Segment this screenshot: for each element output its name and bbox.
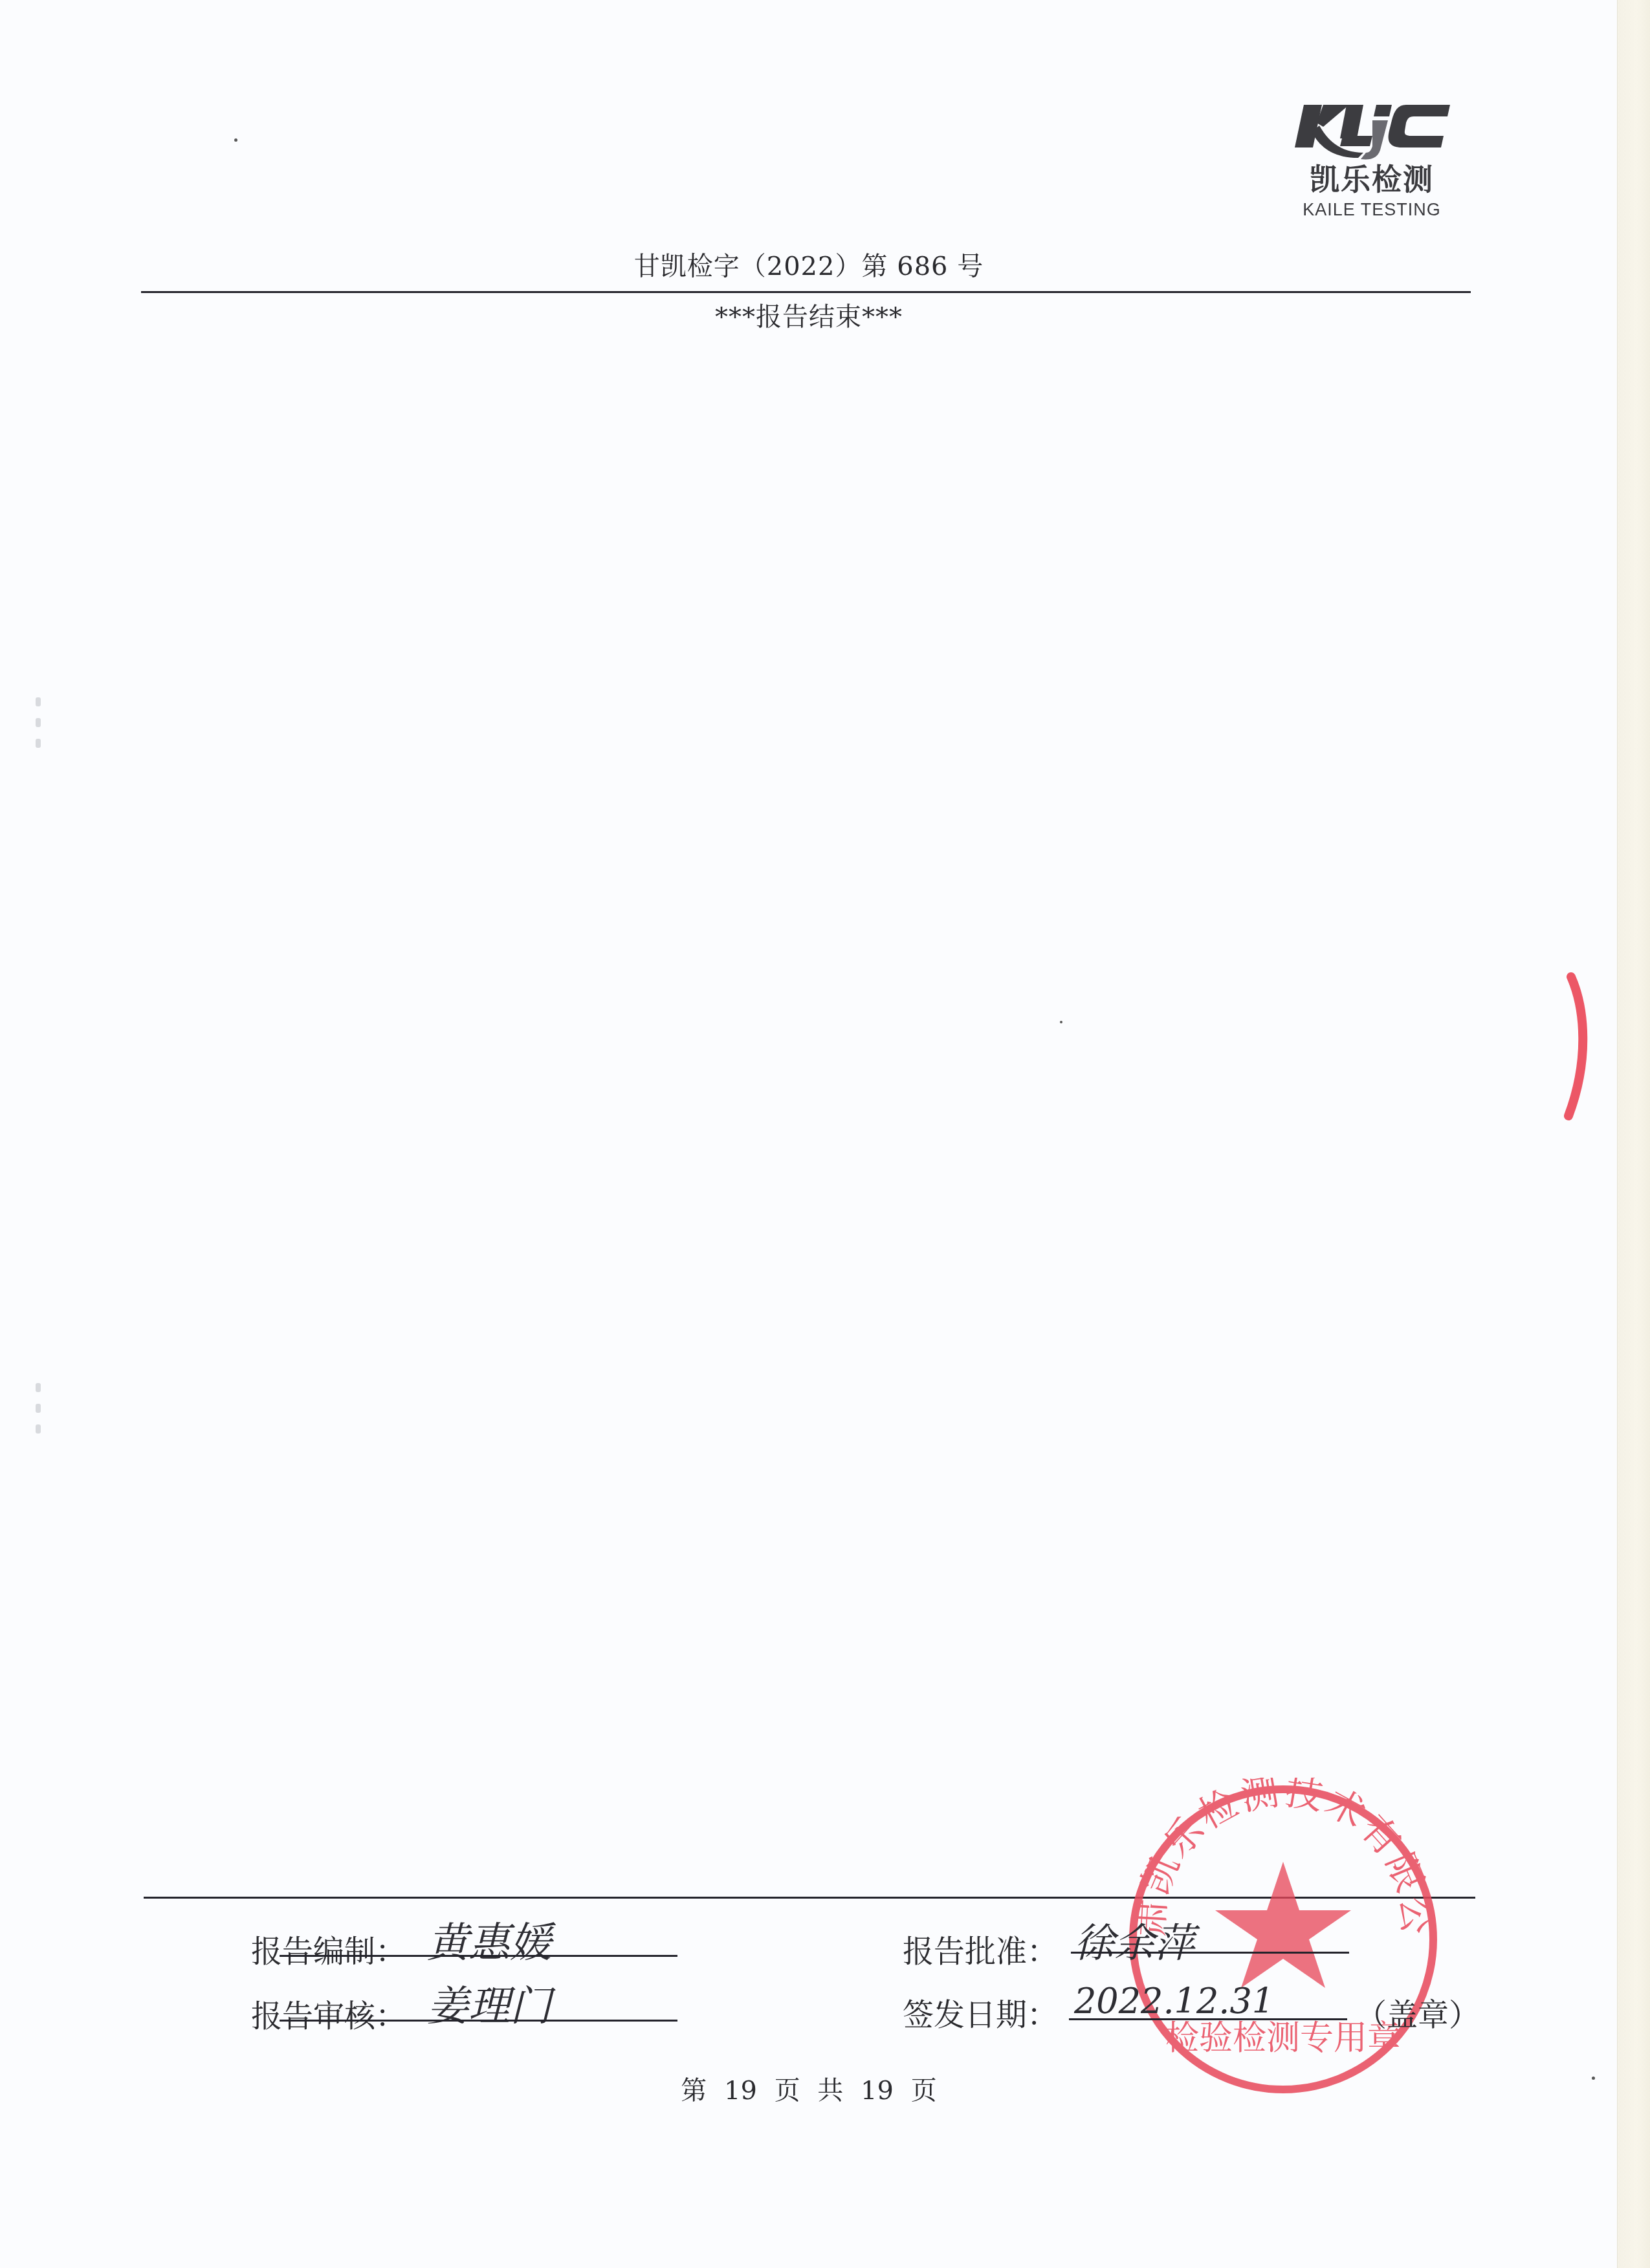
prepared-by-label: 报告编制： xyxy=(251,1926,406,1971)
stamp-fragment-icon xyxy=(1559,970,1598,1126)
issue-date-label: 签发日期： xyxy=(903,1990,1058,2034)
binding-marks xyxy=(36,1371,49,1445)
page-number: 第 19 页 共 19 页 xyxy=(0,2070,1618,2107)
logo-name-cn: 凯乐检测 xyxy=(1288,163,1456,196)
scan-speck xyxy=(1592,2077,1595,2080)
report-end-marker: ***报告结束*** xyxy=(0,296,1618,333)
report-number: 甘凯检字（2022）第 686 号 xyxy=(0,246,1618,283)
reviewed-by-signature: 姜理门 xyxy=(427,1973,551,2033)
company-logo: 凯乐检测 KAILE TESTING xyxy=(1288,97,1456,220)
approved-by-label: 报告批准： xyxy=(903,1926,1058,1971)
stamp-note: （盖章） xyxy=(1356,1990,1480,2034)
binding-marks xyxy=(36,686,49,759)
prepared-by-signature: 黄惠媛 xyxy=(427,1910,551,1969)
scan-speck xyxy=(234,138,237,142)
header-rule xyxy=(141,291,1471,293)
scan-speck xyxy=(1060,1021,1062,1023)
reviewed-by-label: 报告审核： xyxy=(251,1991,406,2036)
scan-edge-strip xyxy=(1617,0,1650,2268)
approved-by-line xyxy=(1071,1952,1349,1954)
kljc-logo-mark-icon xyxy=(1291,97,1453,162)
approved-by-signature: 徐余萍 xyxy=(1074,1911,1194,1968)
issue-date-value: 2022.12.31 xyxy=(1074,1981,1274,2022)
reviewed-by-line xyxy=(280,2020,677,2022)
prepared-by-line xyxy=(280,1955,677,1957)
logo-name-en: KAILE TESTING xyxy=(1288,200,1456,220)
issue-date-line xyxy=(1069,2018,1347,2020)
